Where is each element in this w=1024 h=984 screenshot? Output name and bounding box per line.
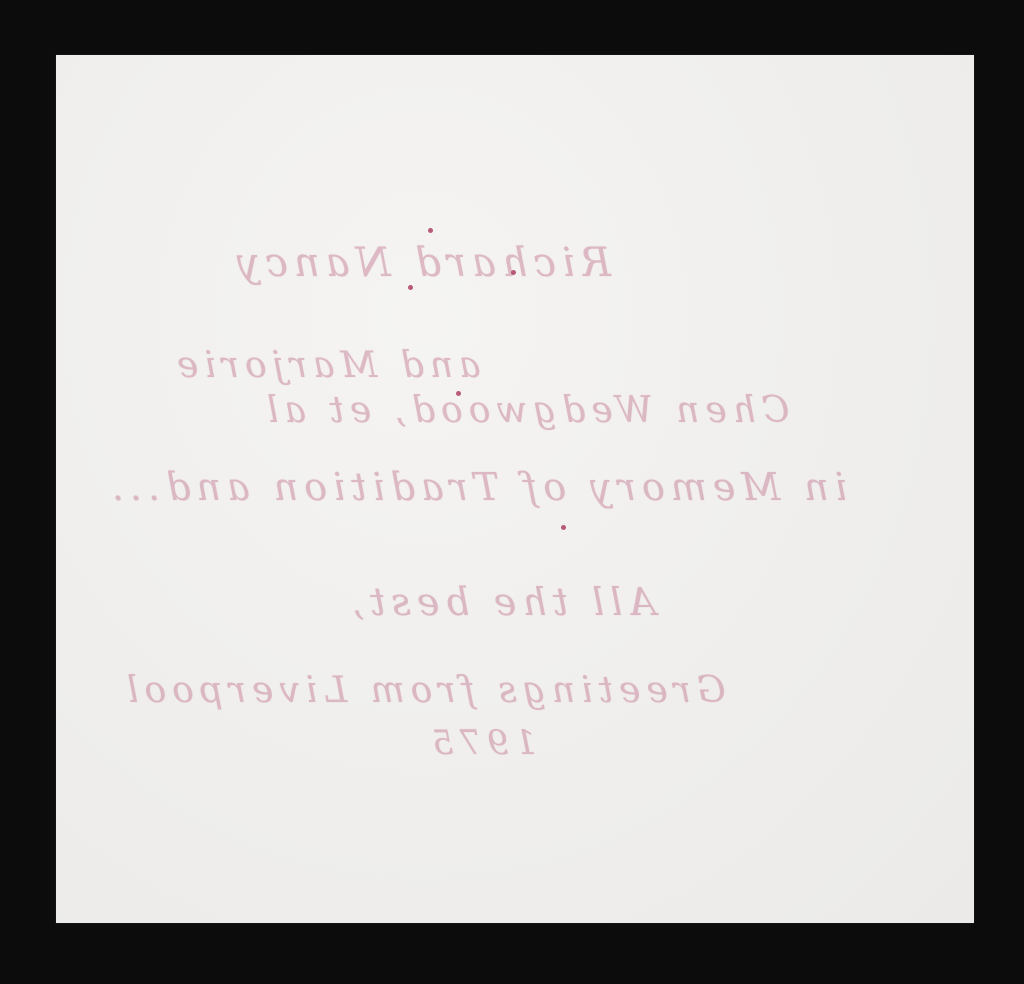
handwritten-line-5: All the best, [346,580,656,624]
ink-dot [511,270,516,275]
ink-dot [428,228,433,233]
handwritten-line-7: 1975 [426,723,537,763]
paper-sheet: Richard Nancy and Marjorie Chen Wedgwood… [56,55,974,923]
handwritten-line-1: Richard Nancy [231,240,611,286]
handwritten-line-2: and Marjorie [171,345,481,386]
handwritten-line-6: Greetings from Liverpool [121,670,726,711]
ink-dot [561,525,566,530]
ink-dot [408,285,413,290]
handwritten-line-3: Chen Wedgwood, et al [261,390,789,431]
handwritten-line-4: in Memory of Tradition and... [106,465,847,509]
ink-dot [456,391,461,396]
